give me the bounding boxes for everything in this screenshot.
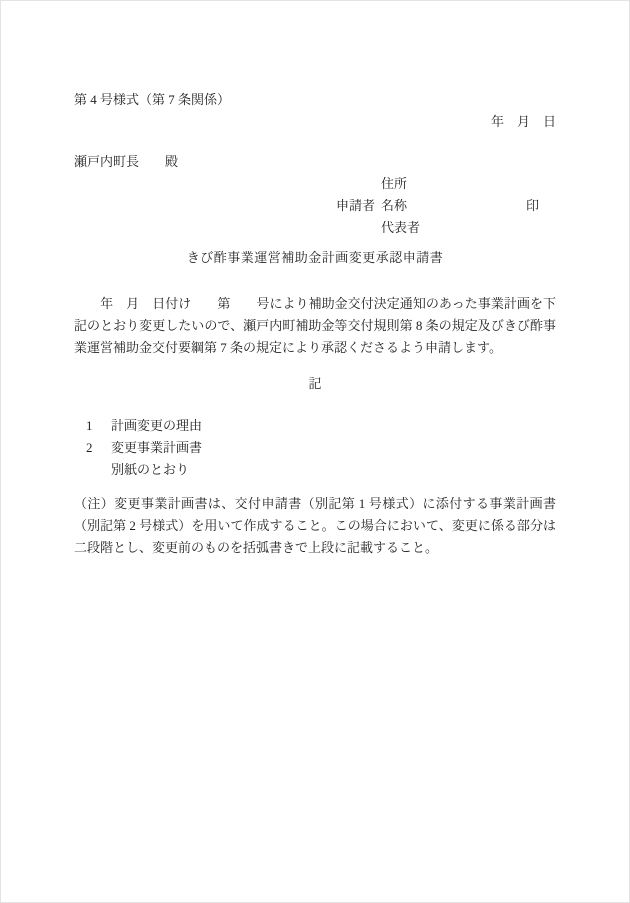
attachment-note: 別紙のとおり <box>111 459 556 481</box>
list-item: 1 計画変更の理由 <box>74 415 556 437</box>
separator-ki: 記 <box>74 373 556 395</box>
applicant-name-row: 申請者 名称 印 <box>336 195 556 217</box>
list-block: 1 計画変更の理由 2 変更事業計画書 別紙のとおり <box>74 415 556 481</box>
applicant-name-label: 名称 <box>381 195 407 217</box>
body-paragraph: 年 月 日付け 第 号により補助金交付決定通知のあった事業計画を下記のとおり変更… <box>74 293 556 359</box>
page-title: きび酢事業運営補助金計画変更承認申請書 <box>74 247 556 269</box>
list-item-number: 2 <box>86 437 111 459</box>
applicant-address-row: 住所 <box>336 173 556 195</box>
applicant-representative-row: 代表者 <box>336 217 556 239</box>
list-item-number: 1 <box>86 415 111 437</box>
applicant-role-label: 申請者 <box>336 195 381 217</box>
applicant-block: 住所 申請者 名称 印 代表者 <box>336 173 556 239</box>
seal-mark: 印 <box>526 195 539 217</box>
addressee: 瀬戸内町長 殿 <box>74 151 556 173</box>
form-number: 第 4 号様式（第 7 条関係） <box>74 89 556 111</box>
date-line: 年 月 日 <box>74 111 556 133</box>
note-paragraph: （注）変更事業計画書は、交付申請書（別記第 1 号様式）に添付する事業計画書（別… <box>74 493 556 559</box>
list-item: 2 変更事業計画書 <box>74 437 556 459</box>
applicant-representative-label: 代表者 <box>381 217 420 239</box>
applicant-address-label: 住所 <box>381 173 407 195</box>
list-item-text: 変更事業計画書 <box>111 437 202 459</box>
list-item-text: 計画変更の理由 <box>111 415 202 437</box>
application-form-page: 第 4 号様式（第 7 条関係） 年 月 日 瀬戸内町長 殿 住所 申請者 名称… <box>0 0 630 903</box>
